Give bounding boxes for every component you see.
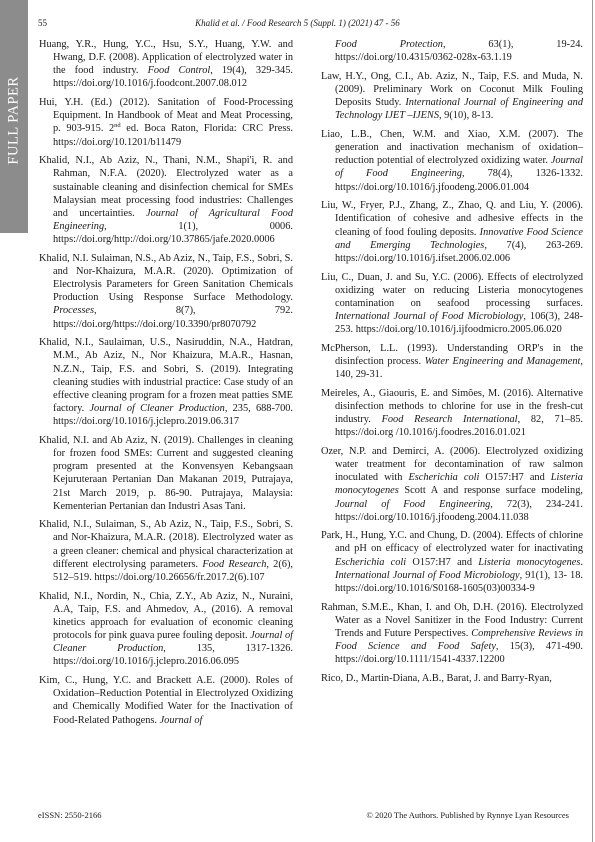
section-tab-label-wrap: FULL PAPER bbox=[0, 60, 28, 180]
species-name: Escherichia coli bbox=[335, 557, 406, 568]
reference-entry: Khalid, N.I., Nordin, N., Chia, Z.Y., Ab… bbox=[39, 590, 293, 669]
species-name: Listeria monocytogenes bbox=[478, 557, 580, 568]
reference-text: . bbox=[580, 557, 583, 568]
reference-entry: Liao, L.B., Chen, W.M. and Xiao, X.M. (2… bbox=[321, 128, 583, 194]
journal-title: Journal of Food Engineering bbox=[335, 499, 490, 510]
footer-copyright: © 2020 The Authors. Published by Rynnye … bbox=[366, 810, 569, 820]
reference-text: Liu, C., Duan, J. and Su, Y.C. (2006). E… bbox=[321, 272, 583, 309]
reference-entry: Kim, C., Hung, Y.C. and Brackett A.E. (2… bbox=[39, 674, 293, 727]
reference-entry: Ozer, N.P. and Demirci, A. (2006). Elect… bbox=[321, 445, 583, 524]
reference-details: , 9(10), 8-13. bbox=[439, 110, 493, 121]
reference-entry: Khalid, N.I., Saulaiman, U.S., Nasiruddi… bbox=[39, 336, 293, 428]
journal-title: Food Research International bbox=[382, 414, 518, 425]
journal-title: Processes bbox=[53, 305, 94, 316]
reference-entry: Khalid, N.I., Sulaiman, S., Ab Aziz, N.,… bbox=[39, 518, 293, 584]
page-edge-rule bbox=[592, 0, 593, 842]
reference-entry: McPherson, L.L. (1993). Understanding OR… bbox=[321, 342, 583, 381]
reference-entry: Huang, Y.R., Hung, Y.C., Hsu, S.Y., Huan… bbox=[39, 38, 293, 91]
reference-text: O157:H7 and bbox=[479, 472, 550, 483]
journal-title: International Journal of Food Microbiolo… bbox=[335, 311, 523, 322]
journal-title: Food Research bbox=[202, 559, 266, 570]
section-tab: FULL PAPER bbox=[0, 0, 28, 233]
journal-title: Food Control bbox=[148, 65, 211, 76]
reference-continuation: Food Protection, 63(1), 19-24. https://d… bbox=[321, 38, 583, 64]
reference-entry: Rico, D., Martin-Diana, A.B., Barat, J. … bbox=[321, 672, 583, 685]
species-name: Escherichia coli bbox=[408, 472, 479, 483]
reference-text: Park, H., Hung, Y.C. and Chung, D. (2004… bbox=[321, 530, 583, 554]
reference-entry: Liu, C., Duan, J. and Su, Y.C. (2006). E… bbox=[321, 271, 583, 337]
reference-entry: Park, H., Hung, Y.C. and Chung, D. (2004… bbox=[321, 529, 583, 595]
journal-title: Water Engineering and Management bbox=[425, 356, 581, 367]
reference-entry: Khalid, N.I., Ab Aziz, N., Thani, N.M., … bbox=[39, 154, 293, 246]
journal-title: Journal of bbox=[160, 715, 203, 726]
reference-text: O157:H7 and bbox=[406, 557, 478, 568]
reference-text: Liao, L.B., Chen, W.M. and Xiao, X.M. (2… bbox=[321, 129, 583, 166]
reference-column-right: Food Protection, 63(1), 19-24. https://d… bbox=[321, 38, 583, 691]
reference-entry: Khalid, N.I. and Ab Aziz, N. (2019). Cha… bbox=[39, 434, 293, 513]
reference-text: Khalid, N.I. Sulaiman, N.S., Ab Aziz, N.… bbox=[39, 253, 293, 303]
journal-title: International Journal of Food Microbiolo… bbox=[335, 570, 520, 581]
reference-column-left: Huang, Y.R., Hung, Y.C., Hsu, S.Y., Huan… bbox=[39, 38, 293, 732]
reference-text: Rico, D., Martin-Diana, A.B., Barat, J. … bbox=[321, 673, 552, 684]
reference-entry: Meireles, A., Giaouris, E. and Simões, M… bbox=[321, 387, 583, 440]
reference-text: Scott A and response surface modeling, bbox=[399, 485, 583, 496]
journal-title: Journal of Cleaner Production bbox=[89, 403, 224, 414]
reference-entry: Law, H.Y., Ong, C.I., Ab. Aziz, N., Taip… bbox=[321, 70, 583, 123]
reference-entry: Rahman, S.M.E., Khan, I. and Oh, D.H. (2… bbox=[321, 601, 583, 667]
reference-entry: Hui, Y.H. (Ed.) (2012). Sanitation of Fo… bbox=[39, 96, 293, 149]
journal-title: Food Protection bbox=[335, 39, 443, 50]
reference-text: Khalid, N.I. and Ab Aziz, N. (2019). Cha… bbox=[39, 435, 293, 512]
reference-entry: Liu, W., Fryer, P.J., Zhang, Z., Zhao, Q… bbox=[321, 199, 583, 265]
footer-issn: eISSN: 2550-2166 bbox=[38, 810, 102, 820]
section-tab-label: FULL PAPER bbox=[6, 76, 23, 164]
running-title: Khalid et al. / Food Research 5 (Suppl. … bbox=[0, 18, 595, 28]
reference-entry: Khalid, N.I. Sulaiman, N.S., Ab Aziz, N.… bbox=[39, 252, 293, 331]
